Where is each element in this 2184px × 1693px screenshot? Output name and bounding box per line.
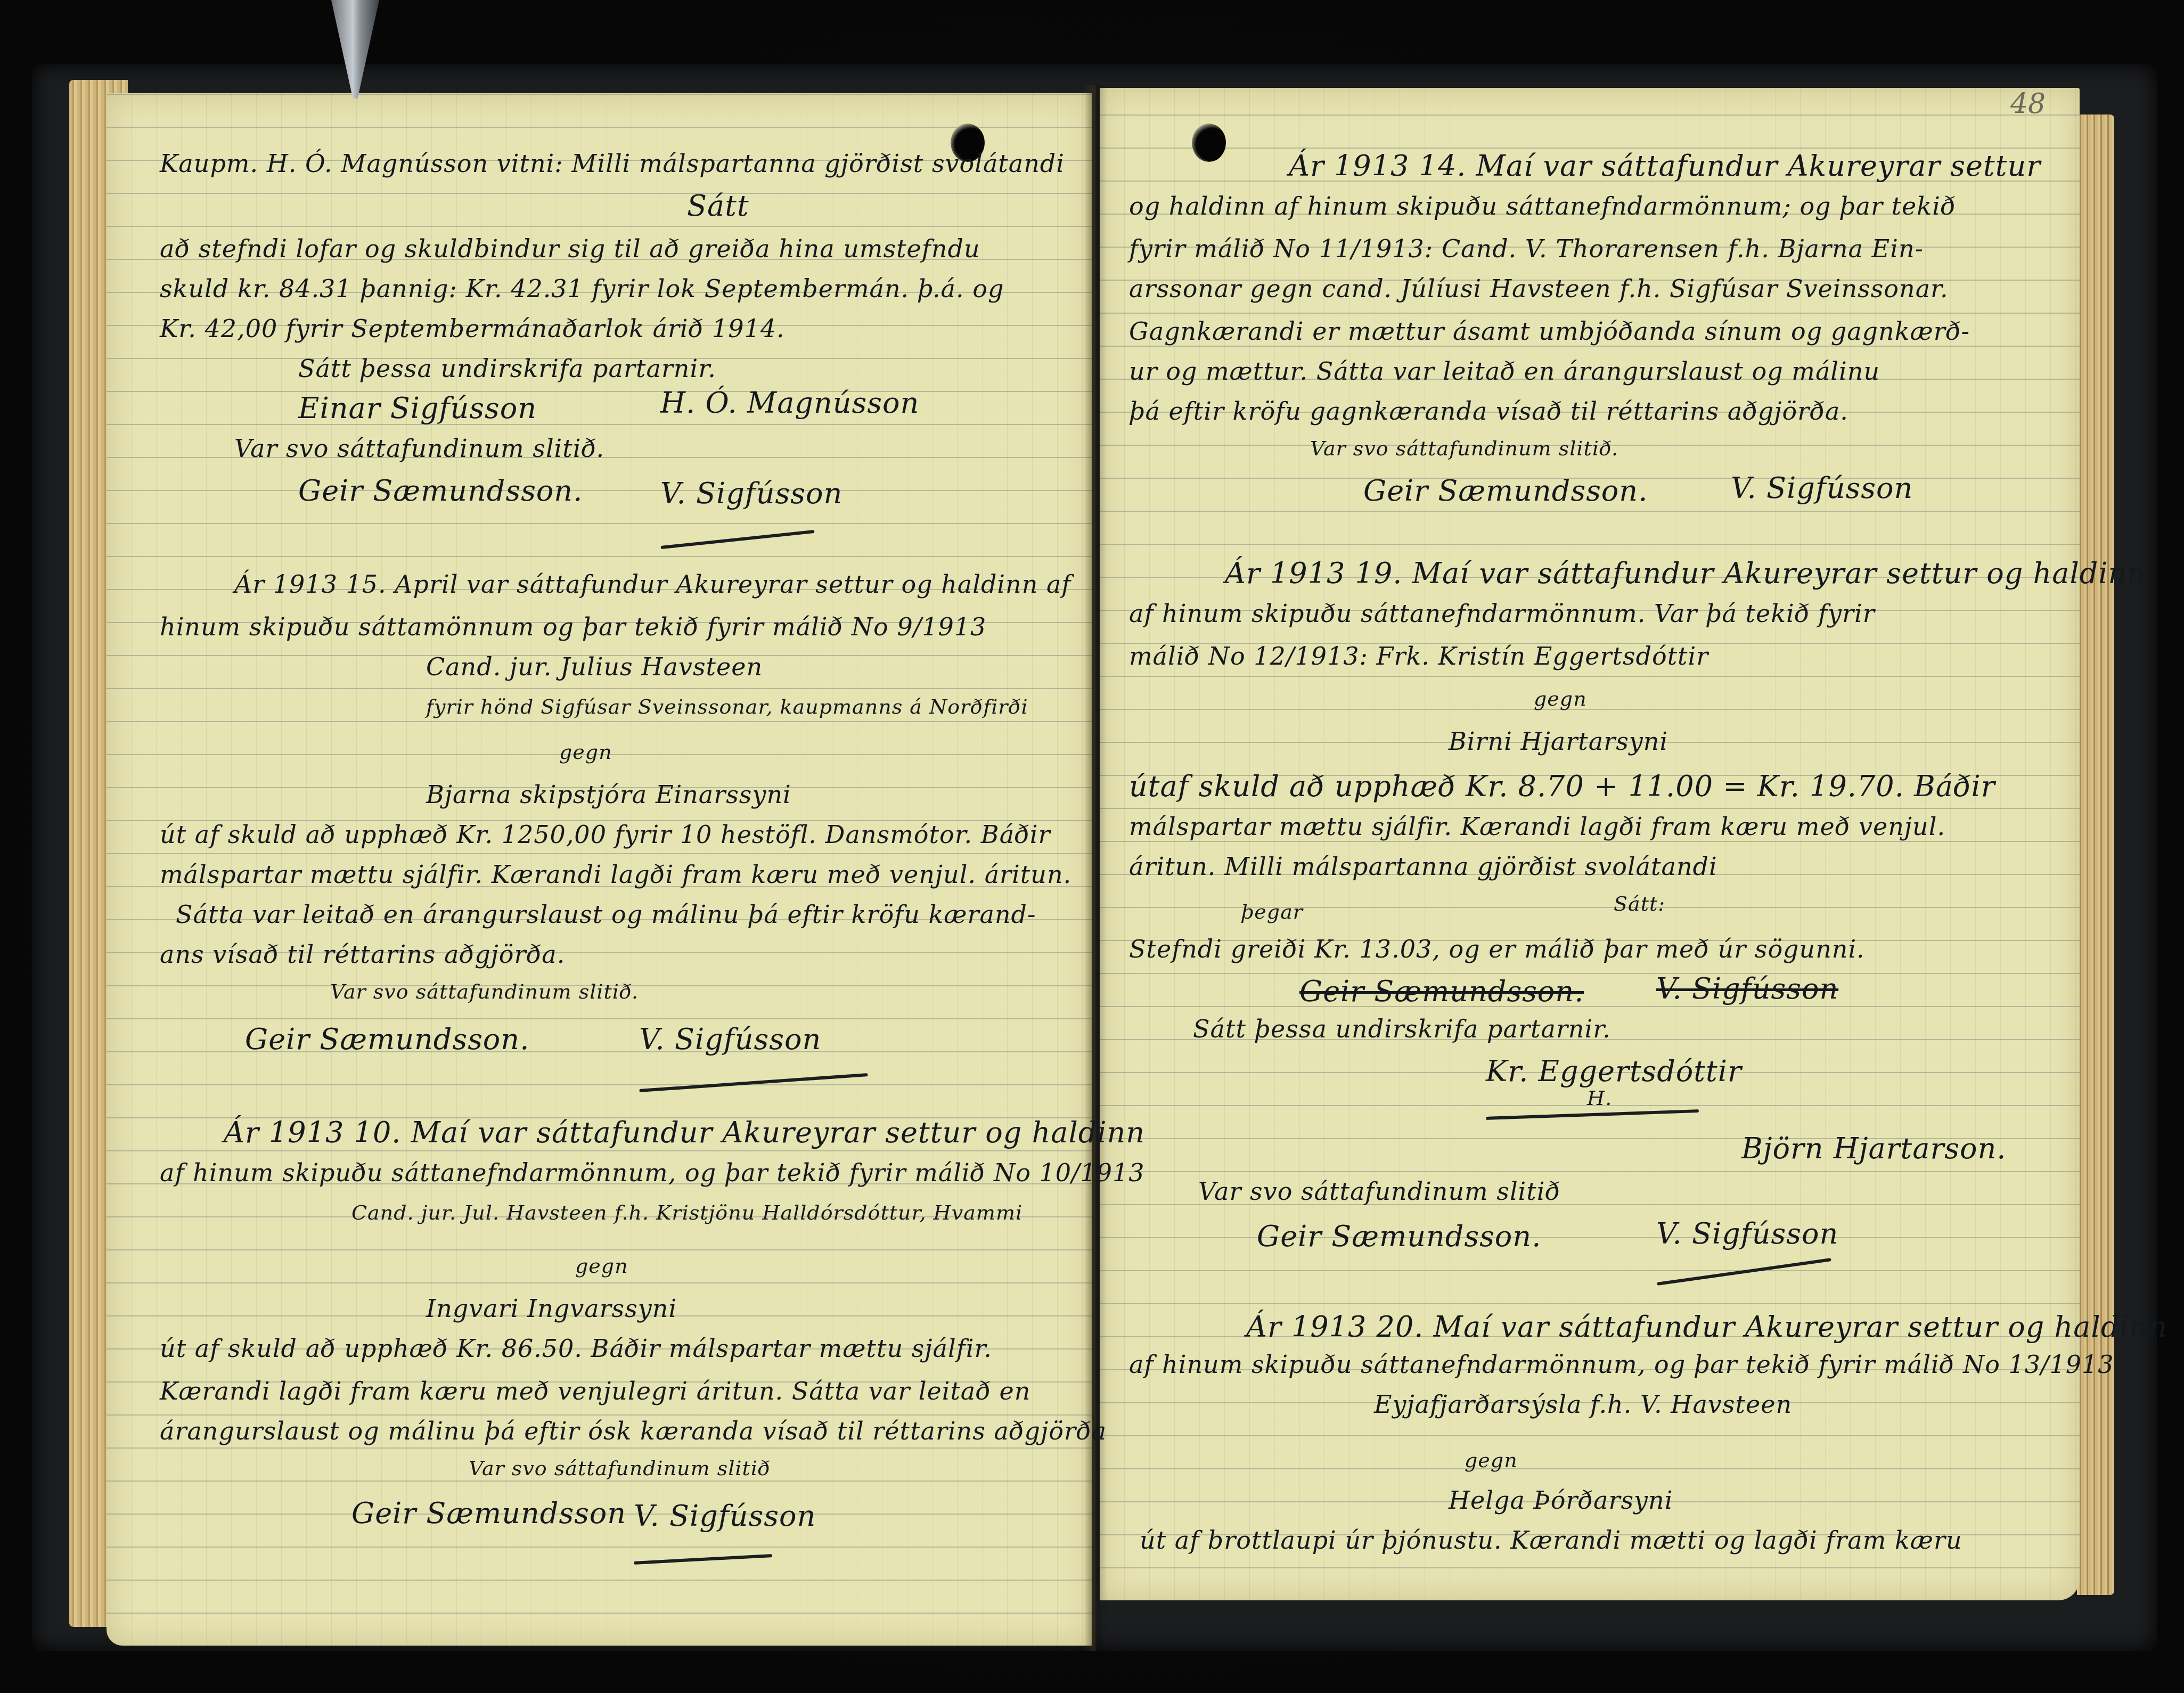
handwritten-line: ans vísað til réttarins aðgjörða. xyxy=(160,940,565,969)
handwritten-line: Cand. jur. Jul. Havsteen f.h. Kristjönu … xyxy=(351,1201,1023,1224)
handwritten-line: af hinum skipuðu sáttanefndarmönnum, og … xyxy=(1129,1350,2114,1379)
handwritten-line: Stefndi greiði Kr. 13.03, og er málið þa… xyxy=(1129,935,1865,963)
handwritten-line: þá eftir kröfu gagnkæranda vísað til rét… xyxy=(1129,397,1848,426)
handwritten-line: Birni Hjartarsyni xyxy=(1449,727,1668,756)
signature: V. Sigfússon xyxy=(1656,972,1838,1005)
signature: Geir Sæmundsson. xyxy=(1257,1220,1541,1253)
handwritten-line: út af brottlaupi úr þjónustu. Kærandi mæ… xyxy=(1140,1526,1962,1555)
handwritten-line: út af skuld að upphæð Kr. 86.50. Báðir m… xyxy=(160,1334,992,1363)
handwritten-line: fyrir hönd Sigfúsar Sveinssonar, kaupman… xyxy=(426,695,1028,718)
handwritten-line: Eyjafjarðarsýsla f.h. V. Havsteen xyxy=(1374,1390,1792,1419)
handwritten-line: útaf skuld að upphæð Kr. 8.70 + 11.00 = … xyxy=(1129,770,1995,803)
handwritten-line: Ár 1913 20. Maí var sáttafundur Akureyra… xyxy=(1246,1310,2167,1344)
signature: Einar Sigfússon xyxy=(298,391,537,425)
handwritten-line: Ingvari Ingvarssyni xyxy=(426,1294,677,1323)
handwritten-line: Kaupm. H. Ó. Magnússon vitni: Milli máls… xyxy=(160,149,1065,178)
handwritten-line: Ár 1913 14. Maí var sáttafundur Akureyra… xyxy=(1289,149,2041,183)
handwritten-line: málspartar mættu sjálfir. Kærandi lagði … xyxy=(160,860,1071,889)
page-number: 48 xyxy=(2010,88,2046,120)
handwritten-line: arssonar gegn cand. Júlíusi Havsteen f.h… xyxy=(1129,274,1949,303)
handwritten-line: Ár 1913 19. Maí var sáttafundur Akureyra… xyxy=(1225,557,2146,590)
signature: V. Sigfússon xyxy=(1731,471,1913,505)
handwritten-line: Var svo sáttafundinum slitið xyxy=(1198,1177,1560,1206)
book-gutter xyxy=(1084,85,1108,1651)
handwritten-line: málspartar mættu sjálfir. Kærandi lagði … xyxy=(1129,812,1945,841)
handwritten-line: Var svo sáttafundinum slitið xyxy=(469,1457,771,1480)
signature: Geir Sæmundsson. xyxy=(298,474,583,508)
handwritten-line: Ár 1913 10. Maí var sáttafundur Akureyra… xyxy=(224,1116,1145,1149)
handwritten-line: Kr. 42,00 fyrir Septembermánaðarlok árið… xyxy=(160,314,785,343)
handwritten-line: fyrir málið No 11/1913: Cand. V. Thorare… xyxy=(1129,234,1924,263)
handwritten-line: af hinum skipuðu sáttanefndarmönnum, og … xyxy=(160,1158,1145,1187)
handwritten-line: árangurslaust og málinu þá eftir ósk kær… xyxy=(160,1417,1107,1445)
signature: Björn Hjartarson. xyxy=(1741,1132,2006,1165)
handwritten-line: Gagnkærandi er mættur ásamt umbjóðanda s… xyxy=(1129,317,1970,346)
handwritten-line: Kærandi lagði fram kæru með venjulegri á… xyxy=(160,1377,1030,1405)
handwritten-line: Cand. jur. Julius Havsteen xyxy=(426,652,763,681)
handwritten-line: gegn xyxy=(575,1254,628,1278)
handwritten-line: af hinum skipuðu sáttanefndarmönnum. Var… xyxy=(1129,599,1875,628)
handwritten-line: Var svo sáttafundinum slitið. xyxy=(234,434,604,463)
signature: Geir Sæmundsson xyxy=(351,1496,626,1530)
signature: V. Sigfússon xyxy=(660,477,842,510)
handwritten-line: H. xyxy=(1587,1086,1612,1110)
handwritten-line: gegn xyxy=(559,740,612,764)
signature: Geir Sæmundsson. xyxy=(245,1023,529,1056)
handwritten-line: Sátt: xyxy=(1614,892,1665,915)
signature: Geir Sæmundsson. xyxy=(1299,975,1584,1008)
handwritten-line: hinum skipuðu sáttamönnum og þar tekið f… xyxy=(160,612,986,641)
signature: H. Ó. Magnússon xyxy=(660,386,919,420)
handwritten-line: Helga Þórðarsyni xyxy=(1449,1486,1673,1515)
handwritten-line: Ár 1913 15. April var sáttafundur Akurey… xyxy=(234,570,1071,599)
handwritten-line: að stefndi lofar og skuldbindur sig til … xyxy=(160,234,980,263)
signature: V. Sigfússon xyxy=(1656,1217,1838,1250)
handwritten-line: og haldinn af hinum skipuðu sáttanefndar… xyxy=(1129,192,1956,220)
handwritten-line: þegar xyxy=(1241,900,1303,923)
signature: V. Sigfússon xyxy=(639,1023,821,1056)
handwritten-line: gegn xyxy=(1534,687,1587,710)
handwritten-line: skuld kr. 84.31 þannig: Kr. 42.31 fyrir … xyxy=(160,274,1004,303)
signature: Geir Sæmundsson. xyxy=(1363,474,1648,508)
handwritten-line: út af skuld að upphæð Kr. 1250,00 fyrir … xyxy=(160,820,1050,849)
handwritten-line: gegn xyxy=(1465,1449,1518,1472)
handwritten-line: Sátt þessa undirskrifa partarnir. xyxy=(298,354,716,383)
handwritten-line: Var svo sáttafundinum slitið. xyxy=(1310,437,1618,460)
handwritten-line: Sátta var leitað en árangurslaust og mál… xyxy=(176,900,1036,929)
handwritten-line: ur og mættur. Sátta var leitað en árangu… xyxy=(1129,357,1880,386)
punch-hole-icon xyxy=(1192,124,1226,162)
scanned-ledger-spread: 48 Kaupm. H. Ó. Magnússon vitni: Milli m… xyxy=(0,0,2184,1693)
handwritten-line: áritun. Milli málspartanna gjörðist svol… xyxy=(1129,852,1717,881)
handwritten-line: málið No 12/1913: Frk. Kristín Eggertsdó… xyxy=(1129,642,1708,670)
signature: Kr. Eggertsdóttir xyxy=(1486,1054,1742,1088)
handwritten-line: Sátt xyxy=(687,189,749,223)
signature: V. Sigfússon xyxy=(634,1499,816,1533)
handwritten-line: Sátt þessa undirskrifa partarnir. xyxy=(1193,1015,1611,1043)
handwritten-line: Bjarna skipstjóra Einarssyni xyxy=(426,780,791,809)
handwritten-line: Var svo sáttafundinum slitið. xyxy=(330,980,639,1003)
